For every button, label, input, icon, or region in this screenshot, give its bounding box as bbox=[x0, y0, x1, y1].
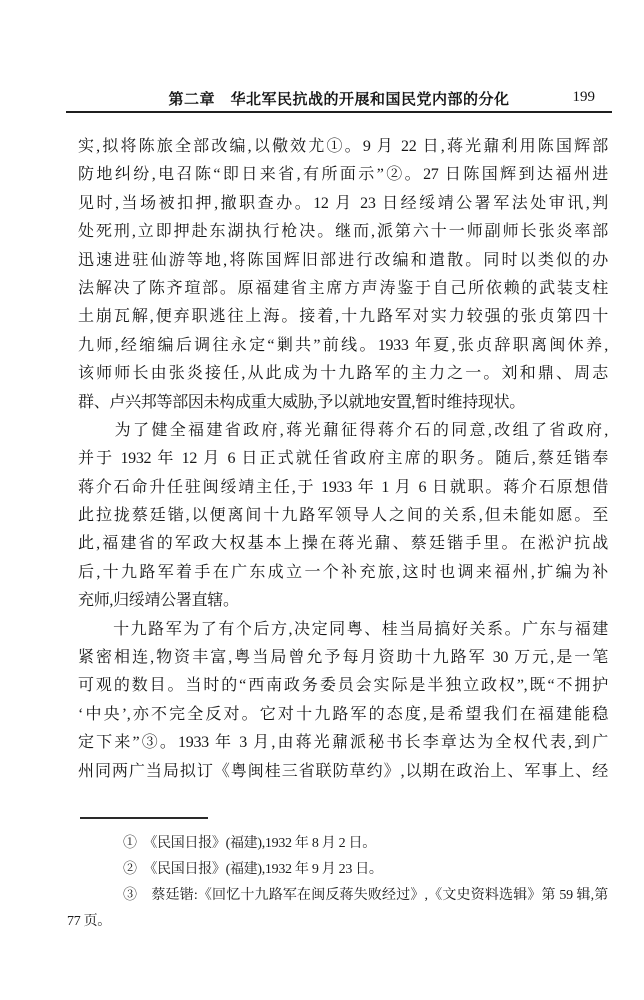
body-text-line: ‘中央’,亦不完全反对。它对十九路军的态度,是希望我们在福建能稳 bbox=[78, 701, 608, 729]
book-page: 第二章 华北军民抗战的开展和国民党内部的分化 199 实,拟将陈旅全部改编,以儆… bbox=[0, 0, 644, 1000]
footnote-line: ② 《民国日报》(福建),1932 年 9 月 23 日。 bbox=[67, 857, 608, 883]
body-text-line: 此,福建省的军政大权基本上操在蒋光鼐、蔡廷锴手里。在淞沪抗战 bbox=[78, 530, 608, 558]
body-text-line: 十九路军为了有个后方,决定同粤、桂当局搞好关系。广东与福建 bbox=[78, 616, 608, 644]
page-number: 199 bbox=[573, 89, 596, 106]
body-text-line: 紧密相连,物资丰富,粤当局曾允予每月资助十九路军 30 万元,是一笔 bbox=[78, 644, 608, 672]
footnote-line: ① 《民国日报》(福建),1932 年 8 月 2 日。 bbox=[67, 831, 608, 857]
body-text-line: 蒋介石命升任驻闽绥靖主任,于 1933 年 1 月 6 日就职。蒋介石原想借 bbox=[78, 474, 608, 502]
body-text-line: 并于 1932 年 12 月 6 日正式就任省政府主席的职务。随后,蔡廷锴奉 bbox=[78, 445, 608, 473]
footnote-line: 77 页。 bbox=[67, 909, 608, 935]
body-text-line: 该师师长由张炎接任,从此成为十九路军的主力之一。刘和鼎、周志 bbox=[78, 360, 608, 388]
body-text: 实,拟将陈旅全部改编,以儆效尤①。9 月 22 日,蒋光鼐利用陈国辉部防地纠纷,… bbox=[78, 133, 608, 786]
footnotes: ① 《民国日报》(福建),1932 年 8 月 2 日。② 《民国日报》(福建)… bbox=[67, 831, 608, 935]
body-text-line: 群、卢兴邦等部因未构成重大威胁,予以就地安置,暂时维持现状。 bbox=[78, 389, 608, 417]
footnote-divider bbox=[80, 817, 208, 819]
running-head-chapter-title: 第二章 华北军民抗战的开展和国民党内部的分化 bbox=[168, 92, 509, 108]
body-text-line: 法解决了陈齐瑄部。原福建省主席方声涛鉴于自己所依赖的武装支柱 bbox=[78, 275, 608, 303]
body-text-line: 定下来”③。1933 年 3 月,由蒋光鼐派秘书长李章达为全权代表,到广 bbox=[78, 729, 608, 757]
body-text-line: 迅速进驻仙游等地,将陈国辉旧部进行改编和遣散。同时以类似的办 bbox=[78, 247, 608, 275]
body-text-line: 防地纠纷,电召陈“即日来省,有所面示”②。27 日陈国辉到达福州进 bbox=[78, 161, 608, 189]
body-text-line: 为了健全福建省政府,蒋光鼐征得蒋介石的同意,改组了省政府, bbox=[78, 417, 608, 445]
header-rule bbox=[66, 111, 612, 113]
body-text-line: 后,十九路军着手在广东成立一个补充旅,这时也调来福州,扩编为补 bbox=[78, 559, 608, 587]
body-text-line: 土崩瓦解,便弃职逃往上海。接着,十九路军对实力较强的张贞第四十 bbox=[78, 303, 608, 331]
body-text-line: 此拉拢蔡廷锴,以便离间十九路军领导人之间的关系,但未能如愿。至 bbox=[78, 502, 608, 530]
body-text-line: 可观的数目。当时的“西南政务委员会实际是半独立政权”,既“不拥护 bbox=[78, 672, 608, 700]
body-text-line: 见时,当场被扣押,撤职查办。12 月 23 日经绥靖公署军法处审讯,判 bbox=[78, 190, 608, 218]
body-text-line: 九师,经缩编后调往永定“剿共”前线。1933 年夏,张贞辞职离闽休养, bbox=[78, 332, 608, 360]
body-text-line: 充师,归绥靖公署直辖。 bbox=[78, 587, 608, 615]
body-text-line: 处死刑,立即押赴东湖执行枪决。继而,派第六十一师副师长张炎率部 bbox=[78, 218, 608, 246]
page-header: 第二章 华北军民抗战的开展和国民党内部的分化 199 bbox=[66, 88, 612, 110]
body-text-line: 实,拟将陈旅全部改编,以儆效尤①。9 月 22 日,蒋光鼐利用陈国辉部 bbox=[78, 133, 608, 161]
body-text-line: 州同两广当局拟订《粤闽桂三省联防草约》,以期在政治上、军事上、经 bbox=[78, 758, 608, 786]
footnote-line: ③ 蔡廷锴:《回忆十九路军在闽反蒋失败经过》,《文史资料选辑》第 59 辑,第 bbox=[67, 883, 608, 909]
